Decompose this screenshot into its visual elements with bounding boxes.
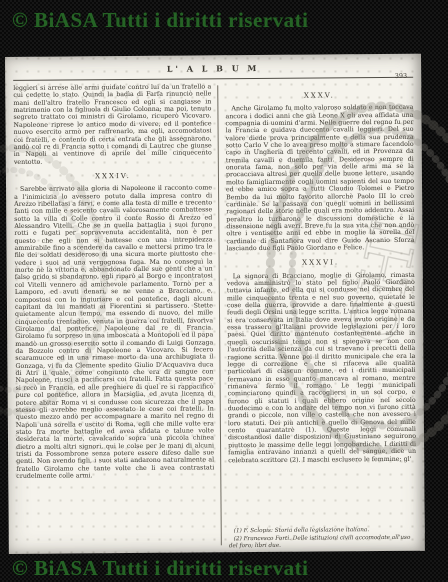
left-continuation-paragraph: leggieri si arrese alle armi guidate con… [13, 83, 212, 166]
copyright-watermark-text-top: © BiASA Tutti i diritti riservati [12, 8, 308, 33]
footnotes: (1) F. Sclopis: Storia della legislazion… [229, 527, 417, 551]
page-header: L' A L B U M [13, 60, 413, 81]
section-heading-xxxvi: XXXVI. [227, 258, 415, 268]
section-heading-xxxv: XXXV. [225, 91, 413, 101]
left-column: leggieri si arrese alle armi guidate con… [13, 83, 221, 553]
right-column: XXXV. Anche Girolamo fu molto valoroso s… [218, 82, 417, 552]
bottom-watermark-bar: © BiASA Tutti i diritti riservati [0, 555, 448, 582]
page-columns: leggieri si arrese alle armi guidate con… [13, 82, 417, 553]
copyright-watermark-text-bottom: © BiASA Tutti i diritti riservati [12, 556, 308, 581]
right-paragraph-2: La signora di Bracciano, moglie di Girol… [227, 271, 417, 524]
page-number: 393 [395, 72, 407, 80]
left-body-paragraph: Sarebbe arrivato alla gloria di Napoleon… [14, 185, 215, 553]
section-heading-xxxiv: XXXIV. [14, 171, 212, 181]
right-paragraph-1: Anche Girolamo fu molto valoroso soldato… [225, 104, 414, 253]
scanned-page-screenshot: { "watermark": { "top_text": "© BiASA Tu… [0, 0, 448, 582]
top-watermark-bar: © BiASA Tutti i diritti riservati [0, 0, 448, 57]
journal-title: L' A L B U M [13, 62, 413, 75]
footnote-2: (2) Francesco Forti. Delle istituzioni c… [229, 535, 417, 550]
scanned-page: L' A L B U M 393 leggieri si arrese alle… [5, 54, 425, 554]
